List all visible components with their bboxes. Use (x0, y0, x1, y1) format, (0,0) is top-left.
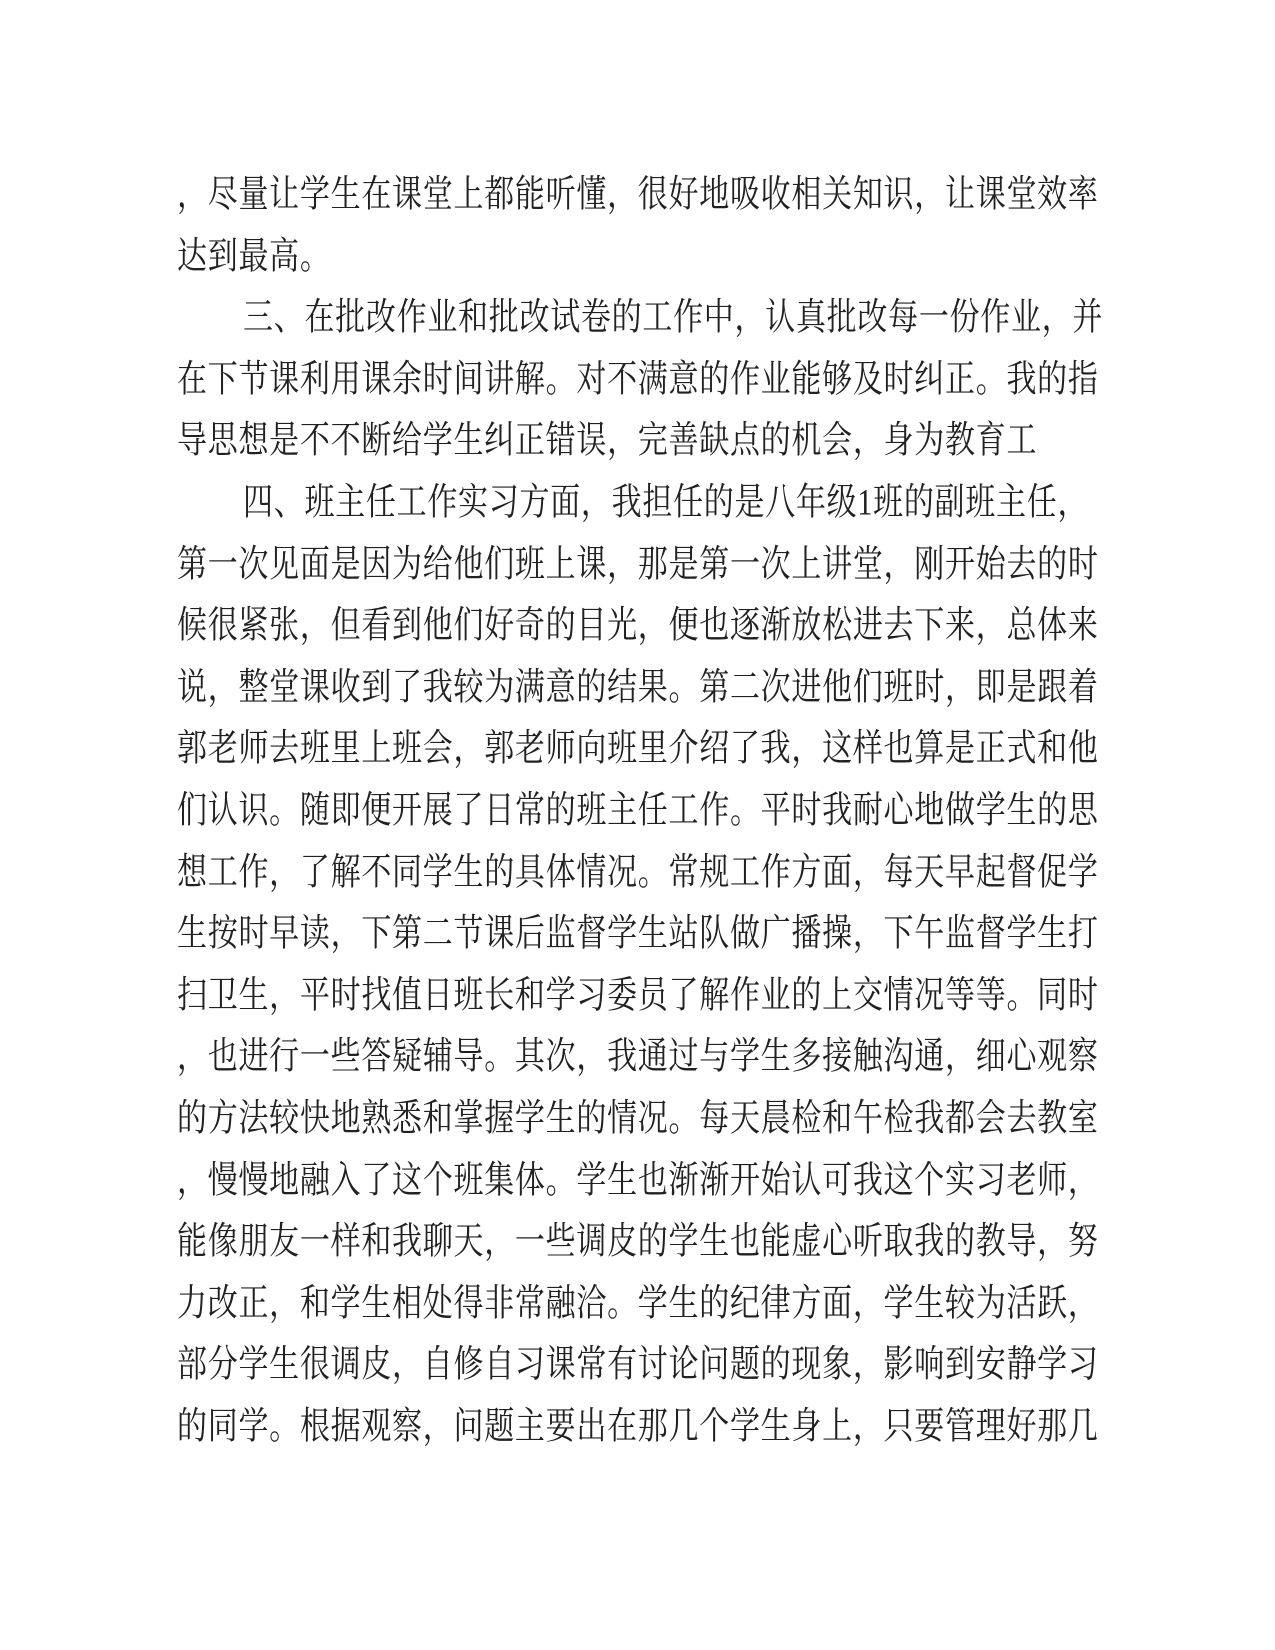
text-line: 的同学。根据观察，问题主要出在那几个学生身上，只要管理好那几 (177, 1388, 1099, 1465)
document-text-block: ，尽量让学生在课堂上都能听懂，很好地吸收相关知识，让课堂效率 达到最高。 三、在… (177, 164, 1099, 1457)
document-page: ，尽量让学生在课堂上都能听懂，很好地吸收相关知识，让课堂效率 达到最高。 三、在… (0, 0, 1275, 1650)
